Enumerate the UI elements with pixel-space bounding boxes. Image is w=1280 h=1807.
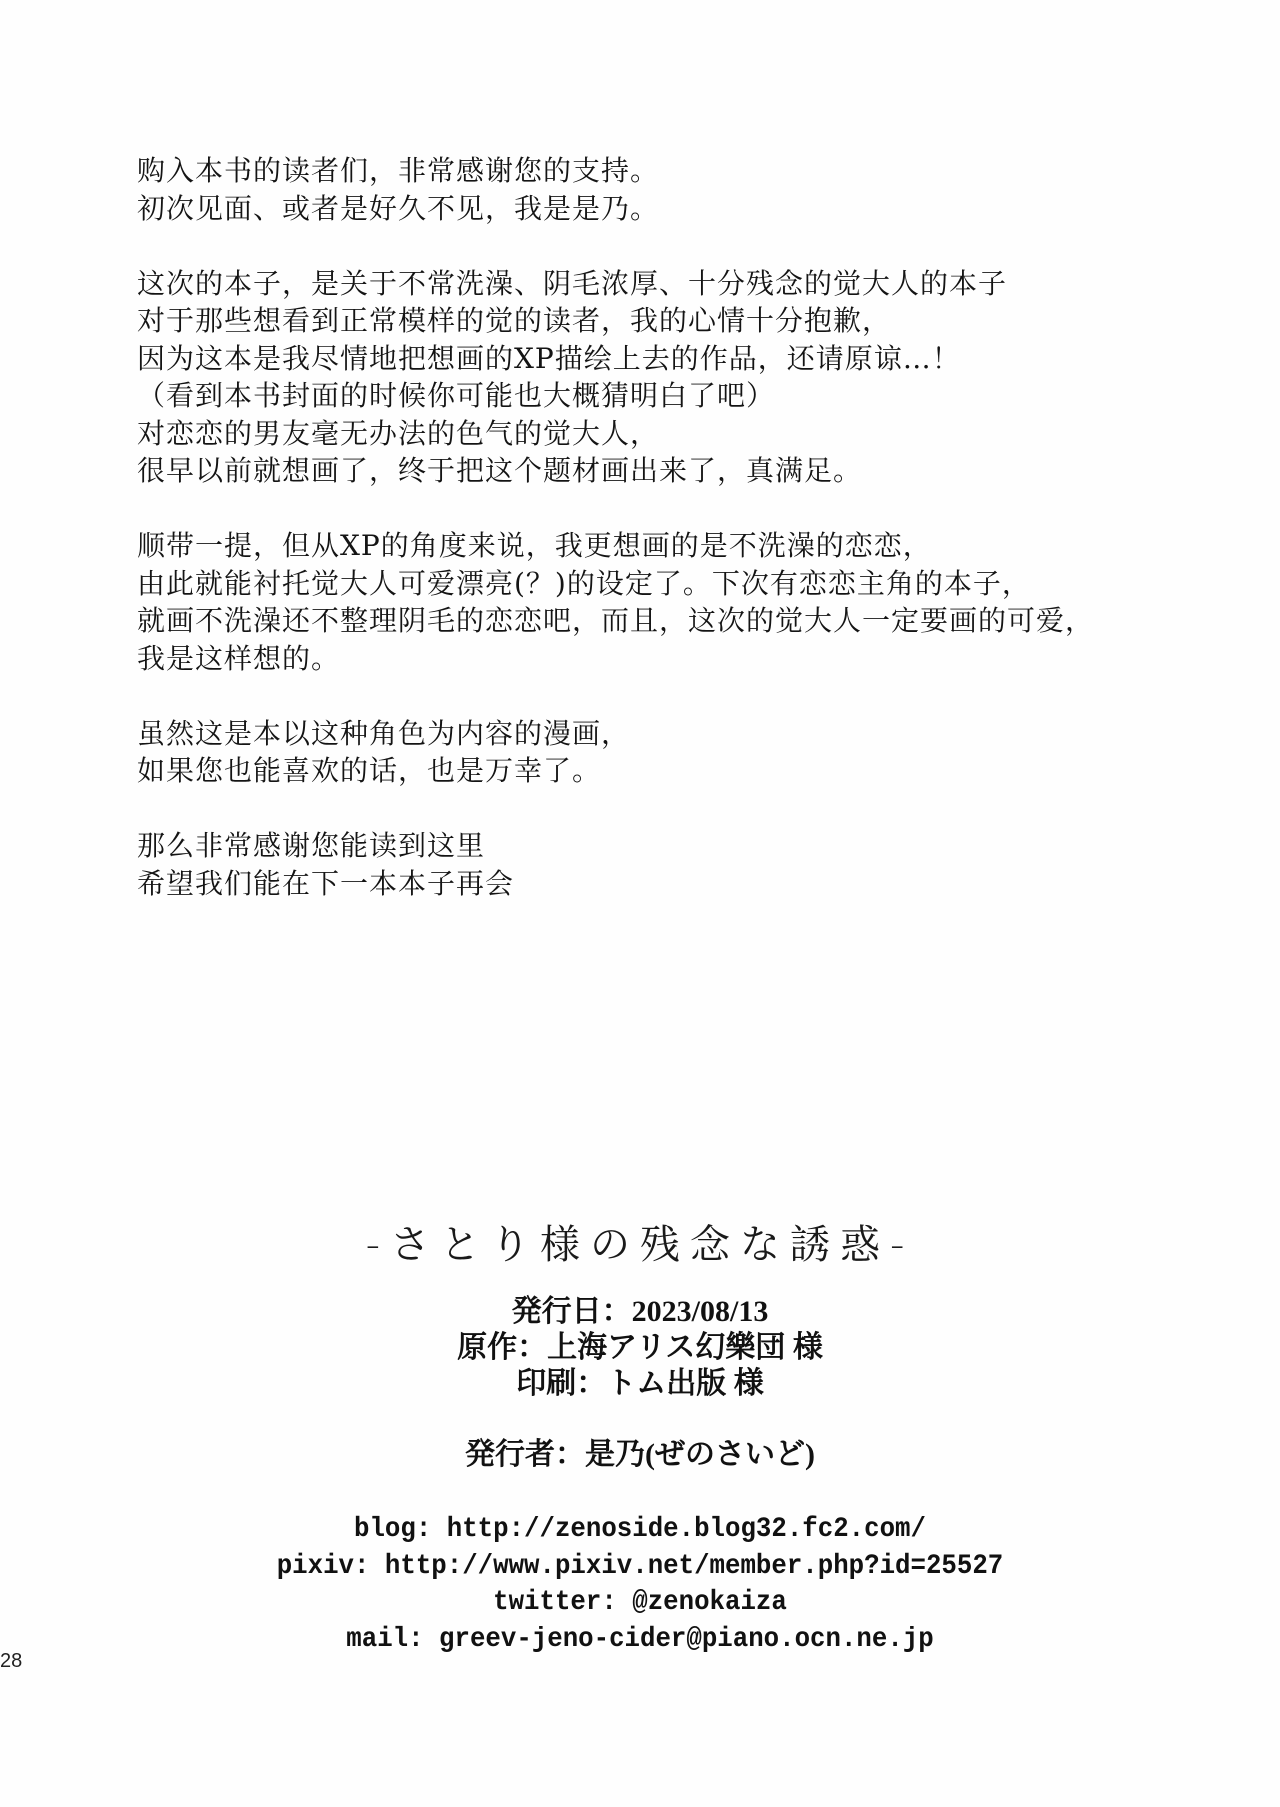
text-line: 如果您也能喜欢的话，也是万幸了。 — [137, 752, 1187, 790]
printer: 印刷：トム出版 様 — [0, 1366, 1280, 1402]
text-line: 那么非常感谢您能读到这里 — [137, 827, 1187, 865]
pixiv-link: pixiv: http://www.pixiv.net/member.php?i… — [51, 1549, 1229, 1586]
colophon: 発行日：2023/08/13 原作：上海アリス幻樂団 様 印刷：トム出版 様 — [0, 1294, 1280, 1402]
text-line: 我是这样想的。 — [137, 640, 1187, 678]
text-line: 由此就能衬托觉大人可爱漂亮(？)的设定了。下次有恋恋主角的本子， — [137, 565, 1187, 603]
publish-date: 発行日：2023/08/13 — [0, 1294, 1280, 1330]
mail-address: mail: greev-jeno-cider@piano.ocn.ne.jp — [51, 1622, 1229, 1659]
afterword-paragraph-5: 那么非常感谢您能读到这里 希望我们能在下一本本子再会 — [137, 827, 1187, 902]
text-line: 就画不洗澡还不整理阴毛的恋恋吧，而且，这次的觉大人一定要画的可爱， — [137, 602, 1187, 640]
afterword-paragraph-1: 购入本书的读者们，非常感谢您的支持。 初次见面、或者是好久不见，我是是乃。 — [137, 152, 1187, 227]
text-line: 因为这本是我尽情地把想画的XP描绘上去的作品，还请原谅…！ — [137, 340, 1187, 378]
text-line: 希望我们能在下一本本子再会 — [137, 865, 1187, 903]
text-line: 初次见面、或者是好久不见，我是是乃。 — [137, 190, 1187, 228]
afterword-paragraph-3: 顺带一提，但从XP的角度来说，我更想画的是不洗澡的恋恋， 由此就能衬托觉大人可爱… — [137, 527, 1187, 677]
afterword-text: 购入本书的读者们，非常感谢您的支持。 初次见面、或者是好久不见，我是是乃。 这次… — [137, 152, 1187, 940]
text-line: 很早以前就想画了，终于把这个题材画出来了，真满足。 — [137, 452, 1187, 490]
text-line: 虽然这是本以这种角色为内容的漫画， — [137, 715, 1187, 753]
afterword-paragraph-2: 这次的本子，是关于不常洗澡、阴毛浓厚、十分残念的觉大人的本子 对于那些想看到正常… — [137, 265, 1187, 490]
original-work: 原作：上海アリス幻樂団 様 — [0, 1330, 1280, 1366]
text-line: 顺带一提，但从XP的角度来说，我更想画的是不洗澡的恋恋， — [137, 527, 1187, 565]
publisher: 発行者：是乃(ぜのさいど) — [0, 1437, 1280, 1473]
afterword-paragraph-4: 虽然这是本以这种角色为内容的漫画， 如果您也能喜欢的话，也是万幸了。 — [137, 715, 1187, 790]
blog-link: blog: http://zenoside.blog32.fc2.com/ — [51, 1512, 1229, 1549]
twitter-handle: twitter: @zenokaiza — [51, 1585, 1229, 1622]
text-line: 这次的本子，是关于不常洗澡、阴毛浓厚、十分残念的觉大人的本子 — [137, 265, 1187, 303]
book-title: -さとり様の残念な誘惑- — [0, 1213, 1280, 1270]
contact-info: blog: http://zenoside.blog32.fc2.com/ pi… — [51, 1512, 1229, 1658]
text-line: 购入本书的读者们，非常感谢您的支持。 — [137, 152, 1187, 190]
text-line: 对于那些想看到正常模样的觉的读者，我的心情十分抱歉， — [137, 302, 1187, 340]
book-page: 购入本书的读者们，非常感谢您的支持。 初次见面、或者是好久不见，我是是乃。 这次… — [0, 0, 1280, 1807]
text-line: 对恋恋的男友毫无办法的色气的觉大人， — [137, 415, 1187, 453]
page-number: 28 — [0, 1650, 22, 1673]
text-line: （看到本书封面的时候你可能也大概猜明白了吧） — [137, 377, 1187, 415]
